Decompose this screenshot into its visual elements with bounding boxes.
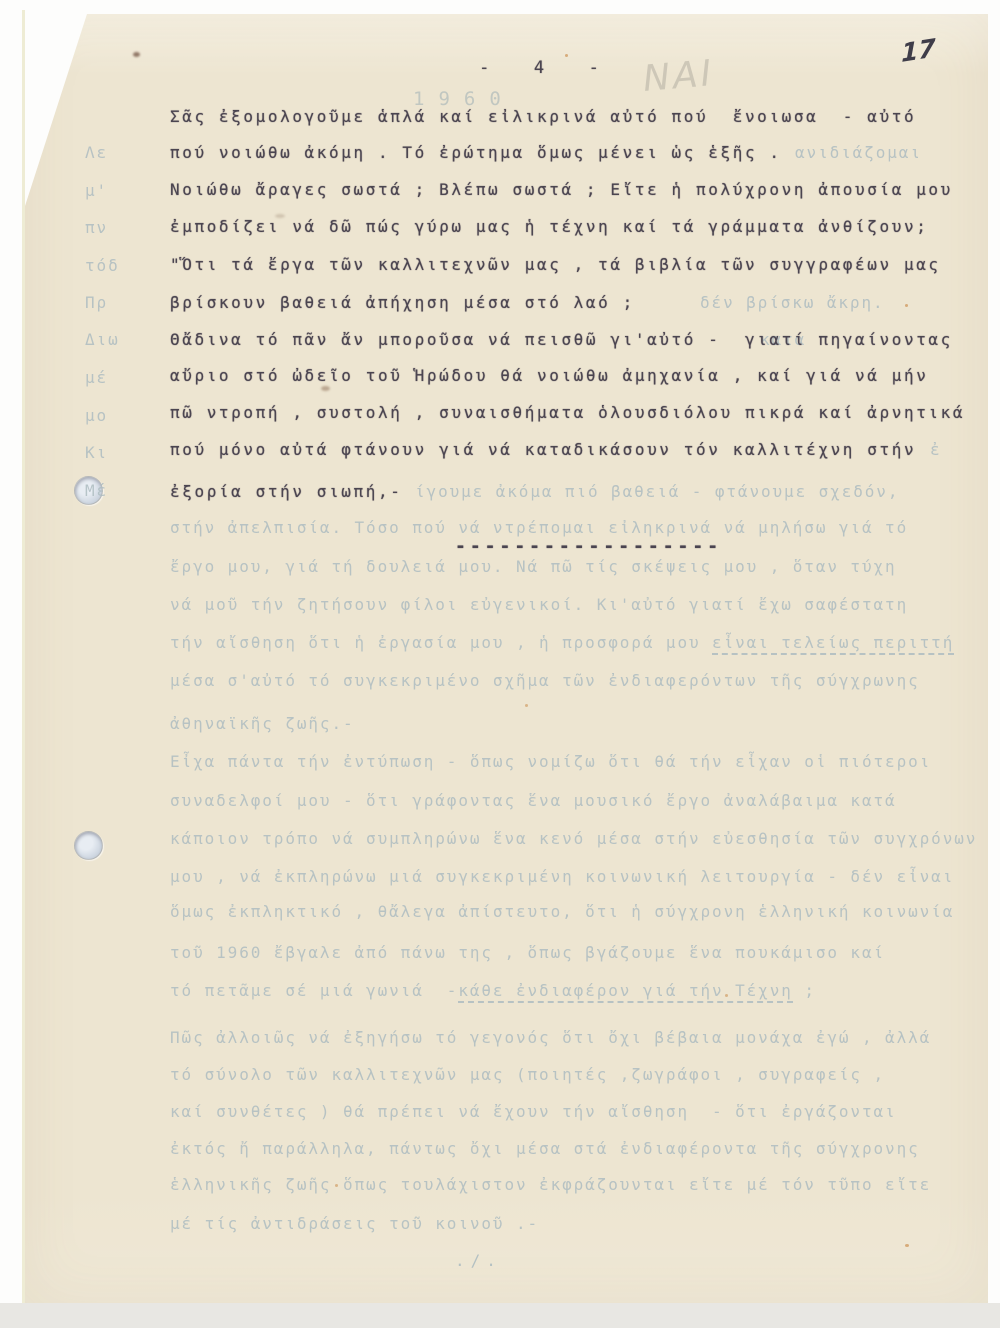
paper-stain (321, 386, 330, 391)
faint-line: ὅμως ἐκπληκτικό , θἄλεγα ἀπίστευτο, ὅτι … (170, 900, 954, 924)
faint-fragment: Λε (85, 141, 108, 165)
paper-speck (905, 304, 908, 307)
faint-line: νά μοῦ τήν ζητήσουν φίλοι εὐγενικοί. Κι'… (170, 593, 908, 617)
faint-fragment: Διω (85, 328, 120, 352)
typed-line: πού νοιώθω ἀκόμη . Τό ἐρώτημα ὅμως μένει… (170, 141, 782, 165)
faint-line: κάποιον τρόπο νά συμπληρώνω ἕνα κενό μέσ… (170, 827, 977, 851)
faint-line: Εἶχα πάντα τήν ἐντύπωση - ὅπως νομίζω ὅτ… (170, 750, 931, 774)
faint-line: τό πετᾶμε σέ μιά γωνιά -κάθε ἐνδιαφέρον … (170, 979, 816, 1003)
torn-corner-edge (25, 14, 125, 224)
faint-line: τήν αἴσθηση ὅτι ἡ ἐργασία μου , ἡ προσφο… (170, 631, 954, 655)
faint-fragment: Μέ (85, 479, 108, 503)
typed-line: αὔριο στό ὠδεῖο τοῦ Ἡρώδου θά νοιώθω ἀμη… (170, 364, 928, 388)
paper-stain (133, 52, 140, 57)
faint-fragment: πν (85, 216, 108, 240)
pencil-annotation: ΝΑΙ (641, 53, 715, 100)
paper-speck (905, 1244, 909, 1247)
faint-fragment: ανιδιάζομαι (795, 141, 922, 165)
faint-line: τοῦ 1960 ἔβγαλε ἀπό πάνω της , ὅπως βγάζ… (170, 941, 885, 965)
faint-line: στήν ἀπελπισία. Τόσο πού νά ντρέπομαι εἰ… (170, 516, 908, 540)
paper-speck (565, 54, 568, 57)
faint-line: τό σύνολο τῶν καλλιτεχνῶν μας (ποιητές ,… (170, 1063, 885, 1087)
faint-fragment: δέν βρίσκω ἄκρη. (700, 291, 885, 315)
faint-line: ἔργο μου, γιά τή δουλειά μου. Νά πῶ τίς … (170, 555, 897, 579)
faint-line: Πῶς ἀλλοιῶς νά ἐξηγήσω τό γεγονός ὅτι ὄχ… (170, 1026, 931, 1050)
typed-line: ἐμποδίζει νά δῶ πώς γύρω μας ἡ τέχνη καί… (170, 215, 928, 239)
typed-line: Σᾶς ἐξομολογοῦμε ἁπλά καί εἰλικρινά αὐτό… (170, 105, 916, 129)
faint-fragment: Πρ (85, 291, 108, 315)
faint-fragment: ίγουμε ἀκόμα πιό βαθειά - φτάνουμε σχεδό… (415, 480, 899, 504)
faint-line: μου , νά ἐκπληρώνω μιά συγκεκριμένη κοιν… (170, 865, 954, 889)
document-page: - 4 - 1960 ΝΑΙ 17 Λε μ' πν τόδ Πρ Διω μέ… (25, 14, 988, 1305)
page-end-mark: ./. (455, 1251, 502, 1270)
paper-speck (525, 704, 528, 707)
page-number: - 4 - (433, 58, 653, 78)
typed-line: "Ὅτι τά ἔργα τῶν καλλιτεχνῶν μας , τά βι… (170, 253, 941, 277)
faint-line: ἑλληνικῆς ζωῆς ὅπως τουλάχιστον ἐκφράζου… (170, 1173, 931, 1197)
typed-line: πῶ ντροπή , συστολή , συναισθήματα ὁλουσ… (170, 401, 965, 425)
faint-fragment: μο (85, 404, 108, 428)
paper-speck (725, 994, 728, 997)
typed-line: πού μόνο αὐτά φτάνουν γιά νά καταδικάσου… (170, 438, 916, 462)
handwritten-page-index: 17 (901, 33, 935, 68)
faint-line: ἀθηναϊκῆς ζωῆς.- (170, 712, 355, 736)
faint-line: μέσα σ'αὐτό τό συγκεκριμένο σχῆμα τῶν ἐν… (170, 669, 920, 693)
faint-fragment: τόδ (85, 254, 120, 278)
typed-line: Νοιώθω ἄραγες σωστά ; Βλέπω σωστά ; Εἴτε… (170, 178, 953, 202)
scan-edge-line (22, 10, 25, 1308)
faint-fragment: Κι (85, 441, 108, 465)
faint-fragment: μέ (85, 366, 108, 390)
scanner-background-bottom (0, 1303, 1000, 1328)
typed-line: βρίσκουν βαθειά ἀπήχηση μέσα στό λαό ; (170, 291, 635, 315)
faint-line: συναδελφοί μου - ὅτι γράφοντας ἕνα μουσι… (170, 789, 897, 813)
faint-fragment: μ' (85, 179, 108, 203)
punch-hole-bottom (74, 831, 103, 860)
faint-line: μέ τίς ἀντιδράσεις τοῦ κοινοῦ .- (170, 1212, 539, 1236)
typed-line: ἐξορία στήν σιωπή,- (170, 480, 402, 504)
faint-line: καί συνθέτες ) θά πρέπει νά ἔχουν τήν αἴ… (170, 1100, 897, 1124)
paper-speck (335, 1184, 338, 1187)
paper-stain (275, 214, 285, 218)
typed-line: Θἄδινα τό πᾶν ἄν μποροῦσα νά πεισθῶ γι'α… (170, 328, 953, 352)
faint-fragment: ἐ (930, 438, 942, 462)
faint-line: ἐκτός ἤ παράλληλα, πάντως ὄχι μέσα στά ἐ… (170, 1137, 920, 1161)
scanner-background: - 4 - 1960 ΝΑΙ 17 Λε μ' πν τόδ Πρ Διω μέ… (0, 0, 1000, 1328)
